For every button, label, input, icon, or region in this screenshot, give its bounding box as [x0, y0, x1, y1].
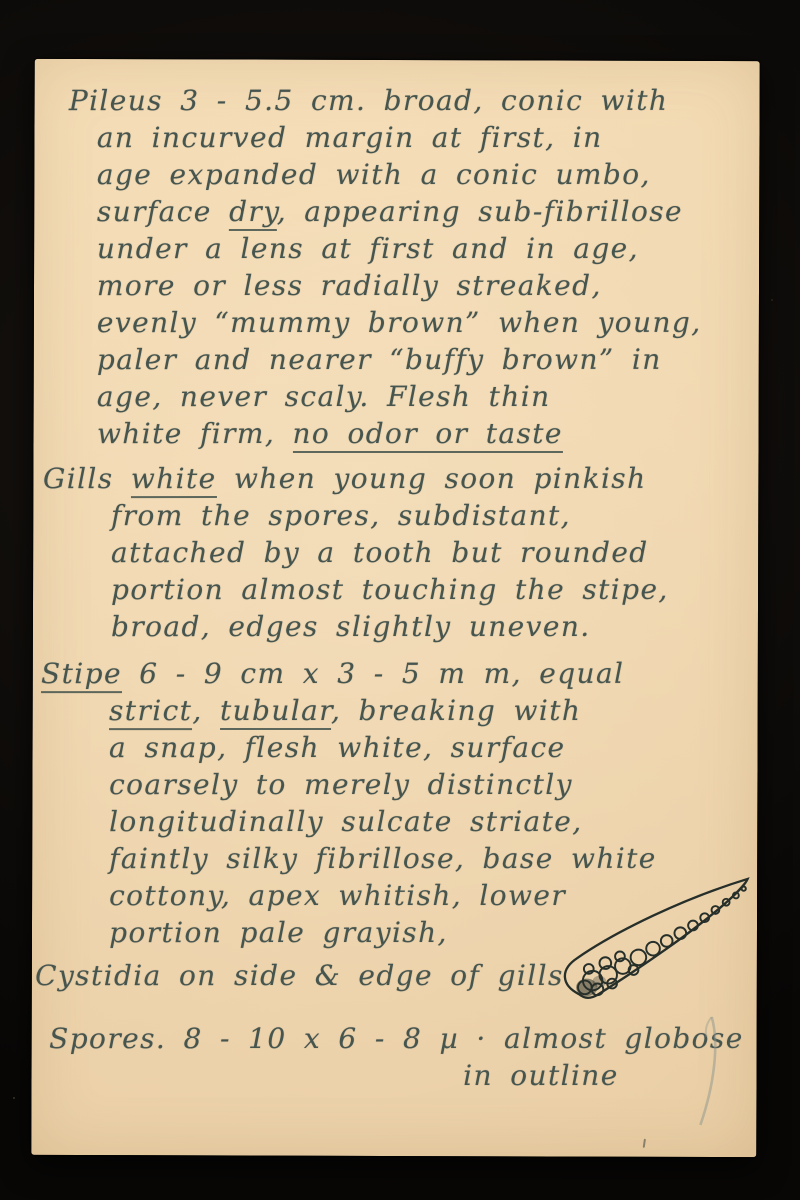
text-segment: broad, edges slightly uneven. [111, 610, 591, 643]
text-line: age expanded with a conic umbo, [97, 156, 758, 193]
text-segment: when young soon pinkish [234, 462, 647, 495]
text-segment: in outline [463, 1059, 619, 1092]
text-segment: 6 - 9 cm x 3 - 5 m m, equal [139, 657, 624, 690]
text-line: Pileus 3 - 5.5 cm. broad, conic with [69, 82, 758, 119]
note-card: Pileus 3 - 5.5 cm. broad, conic with an … [31, 59, 759, 1157]
underlined-phrase: no odor or taste [292, 417, 562, 453]
text-segment: , breaking with [331, 694, 581, 727]
text-segment: longitudinally sulcate striate, [109, 805, 582, 838]
text-segment: more or less radially streaked, [97, 269, 602, 302]
text-line: a snap, flesh white, surface [109, 729, 758, 766]
text-line: age, never scaly. Flesh thin [97, 378, 758, 415]
underlined-word: white [131, 462, 217, 498]
text-segment: from the spores, subdistant, [111, 499, 571, 532]
text-line: under a lens at first and in age, [97, 230, 758, 267]
text-segment: evenly “mummy brown” when young, [97, 306, 702, 339]
gills-heading: Gills [43, 462, 114, 495]
text-segment: , appearing sub-fibrillose [277, 195, 683, 228]
stipe-heading: Stipe [41, 657, 122, 693]
text-line: coarsely to merely distinctly [109, 766, 758, 803]
spores-section: Spores. 8 - 10 x 6 - 8 µ · almost globos… [33, 1020, 758, 1094]
text-line: longitudinally sulcate striate, [109, 803, 758, 840]
pileus-section: Pileus 3 - 5.5 cm. broad, conic with an … [33, 82, 758, 452]
text-segment: Cystidia on side & edge of gills [35, 959, 564, 992]
text-line: from the spores, subdistant, [111, 497, 758, 534]
pencil-stroke-icon [687, 1013, 731, 1129]
text-segment: age expanded with a conic umbo, [97, 158, 651, 191]
text-segment: portion pale grayish, [109, 916, 448, 949]
text-line: portion almost touching the stipe, [111, 571, 758, 608]
text-segment: white firm, [97, 417, 275, 450]
text-segment: Spores. 8 - 10 x 6 - 8 µ · almost globos… [49, 1022, 744, 1055]
text-segment: 3 - 5.5 cm. broad, conic with [180, 84, 668, 117]
text-line: strict, tubular, breaking with [109, 692, 758, 729]
photo-of-notecard: { "colors": { "background": "#0d0b09", "… [0, 0, 800, 1200]
text-line: an incurved margin at first, in [97, 119, 758, 156]
text-segment: surface [97, 195, 212, 228]
text-line: Stipe 6 - 9 cm x 3 - 5 m m, equal [41, 655, 758, 692]
text-line: white firm, no odor or taste [97, 415, 758, 452]
underlined-word: strict [109, 694, 192, 730]
underlined-word: dry [229, 195, 277, 231]
text-line: surface dry, appearing sub-fibrillose [97, 193, 758, 230]
text-segment: paler and nearer “buffy brown” in [97, 343, 662, 376]
text-line: paler and nearer “buffy brown” in [97, 341, 758, 378]
text-line: evenly “mummy brown” when young, [97, 304, 758, 341]
text-segment: age, never scaly. Flesh thin [97, 380, 551, 413]
text-segment: under a lens at first and in age, [97, 232, 639, 265]
pileus-heading: Pileus [69, 84, 163, 117]
cystidium-sketch-icon [550, 870, 764, 1017]
text-segment: a snap, flesh white, surface [109, 731, 565, 764]
underlined-word: tubular [220, 694, 331, 730]
text-line: Gills white when young soon pinkish [43, 460, 758, 497]
text-line: more or less radially streaked, [97, 267, 758, 304]
text-line: attached by a tooth but rounded [111, 534, 758, 571]
text-segment: portion almost touching the stipe, [111, 573, 669, 606]
text-segment: cottony, apex whitish, lower [109, 879, 566, 912]
text-line: broad, edges slightly uneven. [111, 608, 758, 645]
text-segment: an incurved margin at first, in [97, 121, 603, 154]
text-segment: coarsely to merely distinctly [109, 768, 573, 801]
text-line: Spores. 8 - 10 x 6 - 8 µ · almost globos… [49, 1020, 758, 1057]
gills-section: Gills white when young soon pinkish from… [33, 460, 758, 645]
text-segment: attached by a tooth but rounded [111, 536, 649, 569]
text-segment: , [192, 694, 202, 727]
photo-background: Pileus 3 - 5.5 cm. broad, conic with an … [0, 0, 800, 1200]
